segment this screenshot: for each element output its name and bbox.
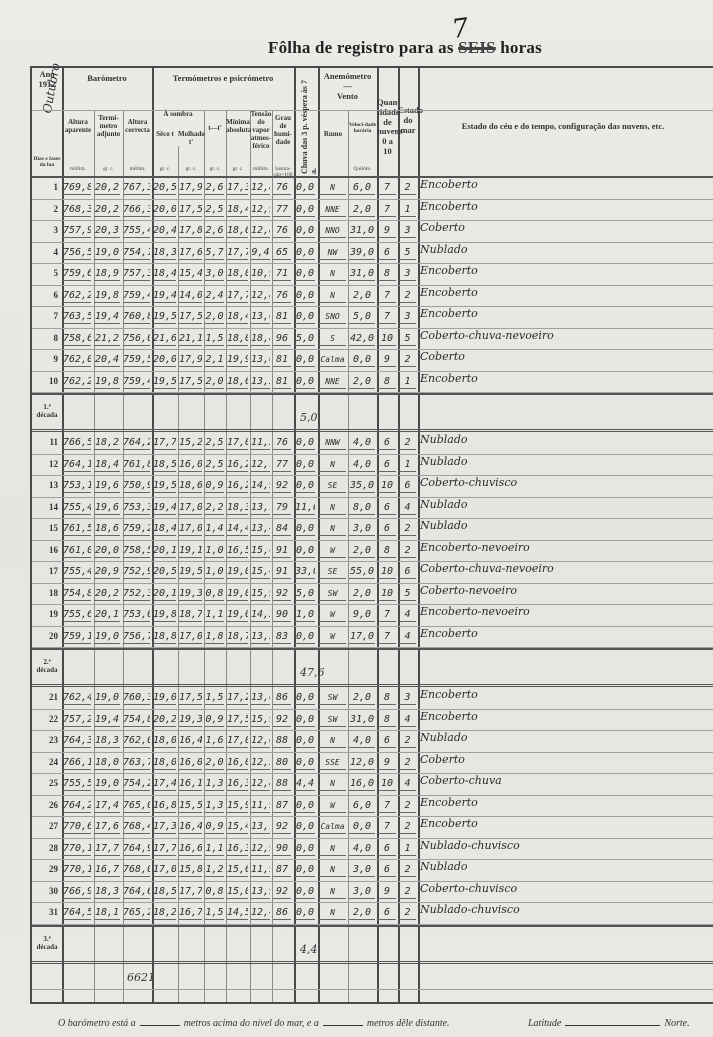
cell-diff: 2,0 bbox=[205, 309, 224, 324]
cell-rumo: N bbox=[319, 862, 346, 877]
cell-diff: 1,5 bbox=[205, 905, 224, 920]
cell-hum: 91 bbox=[273, 543, 291, 558]
cell-term: 17,7 bbox=[94, 841, 120, 856]
table-row: 5759,6518,9757,3318,415,43,018,010,9710,… bbox=[32, 264, 713, 285]
cell-min: 15,4 bbox=[227, 819, 248, 834]
cell-hum: 86 bbox=[273, 690, 291, 705]
unit-label: millim. bbox=[250, 166, 272, 172]
cell-alt_ap: 766,95 bbox=[63, 884, 91, 899]
table-row: 28770,1017,7764,9117,716,61,116,312,9900… bbox=[32, 839, 713, 860]
cell-min: 17,3 bbox=[227, 180, 248, 195]
cell-alt_cor: 763,78 bbox=[123, 755, 150, 770]
table-row: 3757,9020,3755,4220,417,82,618,612,8760,… bbox=[32, 221, 713, 242]
cell-mar: 2 bbox=[399, 521, 416, 536]
cell-term: 17,4 bbox=[94, 798, 120, 813]
day-number: 29 bbox=[32, 864, 62, 874]
cell-molh: 18,7 bbox=[179, 607, 202, 622]
cell-tens: 13,1 bbox=[251, 819, 270, 834]
day-number: 14 bbox=[32, 502, 62, 512]
cell-alt_ap: 762,40 bbox=[63, 690, 91, 705]
cell-tens: 11,2 bbox=[251, 435, 270, 450]
cell-vel: 17,0 bbox=[349, 629, 375, 644]
cell-alt_cor: 758,59 bbox=[123, 543, 150, 558]
cell-nuv: 6 bbox=[378, 457, 396, 472]
cell-alt_cor: 759,22 bbox=[123, 521, 150, 536]
cell-molh: 15,8 bbox=[179, 862, 202, 877]
cell-rumo: SW bbox=[319, 712, 346, 727]
cell-rumo: N bbox=[319, 500, 346, 515]
cell-nuv: 7 bbox=[378, 798, 396, 813]
sky-state: Encoberto-nevoeiro bbox=[420, 541, 530, 554]
cell-seco: 20,2 bbox=[153, 712, 176, 727]
sky-state: Encoberto bbox=[420, 200, 478, 213]
cell-diff: 1,4 bbox=[205, 521, 224, 536]
cell-diff: 2,6 bbox=[205, 223, 224, 238]
sky-state: Nublado bbox=[420, 433, 468, 446]
barometro-header: Barómetro bbox=[62, 74, 152, 84]
cell-nuv: 7 bbox=[378, 288, 396, 303]
cell-seco: 17,0 bbox=[153, 862, 176, 877]
cell-term: 18,3 bbox=[94, 884, 120, 899]
cell-chuva: 0,0 bbox=[295, 841, 315, 856]
cell-hum: 96 bbox=[273, 331, 291, 346]
cell-seco: 20,5 bbox=[153, 564, 176, 579]
day-number: 24 bbox=[32, 757, 62, 767]
cell-tens: 15,9 bbox=[251, 712, 270, 727]
cell-molh: 19,5 bbox=[179, 564, 202, 579]
table-row: 30766,9518,3764,6918,517,70,815,013,9920… bbox=[32, 882, 713, 903]
cell-chuva: 0,0 bbox=[295, 521, 315, 536]
cell-min: 17,2 bbox=[227, 690, 248, 705]
cell-rumo: NNE bbox=[319, 374, 346, 389]
cell-min: 18,6 bbox=[227, 223, 248, 238]
cell-molh: 19,3 bbox=[179, 712, 202, 727]
cell-diff: 2,4 bbox=[205, 288, 224, 303]
cell-alt_ap: 766,10 bbox=[63, 755, 91, 770]
cell-mar: 2 bbox=[399, 798, 416, 813]
a-sombra-header: À sombra bbox=[152, 110, 204, 118]
day-number: 3 bbox=[32, 225, 62, 235]
cell-term: 19,6 bbox=[94, 500, 120, 515]
cell-hum: 77 bbox=[273, 202, 291, 217]
cell-vel: 5,0 bbox=[349, 309, 375, 324]
unit-label: gr. c. bbox=[178, 166, 204, 172]
cell-term: 19,8 bbox=[94, 288, 120, 303]
cell-seco: 17,7 bbox=[153, 841, 176, 856]
cell-vel: 2,0 bbox=[349, 202, 375, 217]
cell-chuva: 4,4 bbox=[295, 776, 315, 791]
cell-nuv: 8 bbox=[378, 690, 396, 705]
cell-vel: 16,0 bbox=[349, 776, 375, 791]
cell-diff: 1,2 bbox=[205, 862, 224, 877]
cell-alt_ap: 756,50 bbox=[63, 245, 91, 260]
cell-chuva: 0,0 bbox=[295, 288, 315, 303]
cell-alt_ap: 761,05 bbox=[63, 543, 91, 558]
sky-state: Encoberto bbox=[420, 286, 478, 299]
cell-hum: 87 bbox=[273, 798, 291, 813]
cell-chuva: 33,0 bbox=[295, 564, 315, 579]
cell-vel: 2,0 bbox=[349, 586, 375, 601]
cell-molh: 14,0 bbox=[179, 288, 202, 303]
cell-hum: 81 bbox=[273, 309, 291, 324]
cell-alt_ap: 762,20 bbox=[63, 374, 91, 389]
cell-term: 19,0 bbox=[94, 690, 120, 705]
page-title: Fôlha de registro para as SEIS horas bbox=[268, 38, 542, 58]
cell-vel: 2,0 bbox=[349, 374, 375, 389]
cell-seco: 18,0 bbox=[153, 755, 176, 770]
table-row: 22757,2519,4754,8520,219,30,917,515,9920… bbox=[32, 710, 713, 731]
day-number: 11 bbox=[32, 437, 62, 447]
cell-molh: 16,4 bbox=[179, 733, 202, 748]
cell-rumo: NNE bbox=[319, 202, 346, 217]
sky-state: Encoberto bbox=[420, 372, 478, 385]
day-number: 8 bbox=[32, 333, 62, 343]
cell-tens: 15,4 bbox=[251, 543, 270, 558]
humidade-header: Grau de humi-dade bbox=[272, 114, 294, 146]
cell-vel: 3,0 bbox=[349, 884, 375, 899]
cell-alt_cor: 753,34 bbox=[123, 500, 150, 515]
cell-vel: 4,0 bbox=[349, 457, 375, 472]
cell-chuva: 0,0 bbox=[295, 712, 315, 727]
cell-chuva: 0,0 bbox=[295, 309, 315, 324]
cell-mar: 3 bbox=[399, 690, 416, 705]
table-row: 24766,1018,0763,7818,016,02,016,012,3800… bbox=[32, 753, 713, 774]
cell-rumo: N bbox=[319, 180, 346, 195]
cell-min: 18,4 bbox=[227, 309, 248, 324]
cell-hum: 92 bbox=[273, 819, 291, 834]
cell-rumo: N bbox=[319, 733, 346, 748]
cell-min: 15,6 bbox=[227, 862, 248, 877]
cell-alt_cor: 764,26 bbox=[123, 435, 150, 450]
cell-chuva: 0,0 bbox=[295, 266, 315, 281]
day-number: 31 bbox=[32, 907, 62, 917]
decada-label: 2.ª década bbox=[32, 658, 62, 675]
cell-seco: 18,0 bbox=[153, 733, 176, 748]
cell-seco: 18,5 bbox=[153, 884, 176, 899]
cell-term: 19,0 bbox=[94, 629, 120, 644]
day-number: 2 bbox=[32, 204, 62, 214]
cell-mar: 2 bbox=[399, 288, 416, 303]
cell-term: 20,0 bbox=[94, 543, 120, 558]
cell-alt_ap: 753,10 bbox=[63, 478, 91, 493]
cell-diff: 1,6 bbox=[205, 733, 224, 748]
cell-seco: 16,8 bbox=[153, 798, 176, 813]
table-row: 1769,8520,2767,3420,517,92,617,312,8760,… bbox=[32, 178, 713, 199]
cell-tens: 10,9 bbox=[251, 266, 270, 281]
cell-hum: 76 bbox=[273, 223, 291, 238]
cell-vel: 2,0 bbox=[349, 905, 375, 920]
cell-seco: 21,6 bbox=[153, 331, 176, 346]
cell-alt_ap: 763,50 bbox=[63, 309, 91, 324]
cell-min: 17,0 bbox=[227, 435, 248, 450]
day-number: 16 bbox=[32, 545, 62, 555]
cell-mar: 2 bbox=[399, 884, 416, 899]
table-row: 16761,0520,0758,5920,119,11,016,515,4910… bbox=[32, 541, 713, 562]
table-row: 8758,6021,2756,0021,621,11,518,018,8965,… bbox=[32, 329, 713, 350]
cell-nuv: 6 bbox=[378, 500, 396, 515]
cell-vel: 2,0 bbox=[349, 690, 375, 705]
cell-rumo: SW bbox=[319, 690, 346, 705]
sky-state: Encoberto bbox=[420, 710, 478, 723]
cell-min: 16,3 bbox=[227, 776, 248, 791]
cell-vel: 4,0 bbox=[349, 435, 375, 450]
cell-seco: 17,7 bbox=[153, 435, 176, 450]
cell-rumo: N bbox=[319, 841, 346, 856]
cell-vel: 0,0 bbox=[349, 819, 375, 834]
cell-term: 18,4 bbox=[94, 457, 120, 472]
cell-term: 20,2 bbox=[94, 180, 120, 195]
anemometro-header: Anemómetro—Vento bbox=[318, 72, 377, 101]
cell-alt_ap: 764,10 bbox=[63, 457, 91, 472]
cell-molh: 16,0 bbox=[179, 457, 202, 472]
unit-label: gr. c. bbox=[226, 166, 250, 172]
cell-min: 14,5 bbox=[227, 905, 248, 920]
cell-chuva: 5,0 bbox=[295, 331, 315, 346]
cell-alt_cor: 765,05 bbox=[123, 798, 150, 813]
table-row: 7763,5019,4760,8919,517,52,018,413,0810,… bbox=[32, 307, 713, 328]
cell-diff: 1,0 bbox=[205, 543, 224, 558]
cell-alt_ap: 758,60 bbox=[63, 331, 91, 346]
title-prefix: Fôlha de registro para as bbox=[268, 38, 454, 57]
cell-mar: 5 bbox=[399, 586, 416, 601]
cell-vel: 42,0 bbox=[349, 331, 375, 346]
cell-min: 15,9 bbox=[227, 798, 248, 813]
unit-label: Satura-ção=100 bbox=[272, 166, 294, 178]
cell-seco: 18,3 bbox=[153, 245, 176, 260]
cell-alt_ap: 754,80 bbox=[63, 586, 91, 601]
cell-min: 16,3 bbox=[227, 841, 248, 856]
cell-alt_cor: 757,33 bbox=[123, 266, 150, 281]
cell-nuv: 6 bbox=[378, 841, 396, 856]
cell-nuv: 10 bbox=[378, 776, 396, 791]
cell-molh: 17,5 bbox=[179, 202, 202, 217]
cell-vel: 3,0 bbox=[349, 862, 375, 877]
cell-term: 17,6 bbox=[94, 819, 120, 834]
cell-vel: 3,0 bbox=[349, 521, 375, 536]
cell-min: 17,0 bbox=[227, 733, 248, 748]
cell-seco: 19,5 bbox=[153, 374, 176, 389]
title-struck-hour: SEIS bbox=[458, 38, 496, 57]
register-sheet: 7 Fôlha de registro para as SEIS horas A… bbox=[0, 0, 713, 1037]
unit-label: gr. c. bbox=[152, 166, 178, 172]
cell-mar: 2 bbox=[399, 180, 416, 195]
day-number: 21 bbox=[32, 692, 62, 702]
cell-nuv: 10 bbox=[378, 586, 396, 601]
cell-nuv: 8 bbox=[378, 266, 396, 281]
cell-tens: 13,9 bbox=[251, 884, 270, 899]
table-row: 26764,2017,4765,0516,815,51,315,911,9870… bbox=[32, 796, 713, 817]
cell-seco: 18,2 bbox=[153, 905, 176, 920]
altura-correcta-header: Altura correcta bbox=[123, 118, 152, 134]
cell-chuva: 0,0 bbox=[295, 435, 315, 450]
cell-hum: 91 bbox=[273, 564, 291, 579]
title-suffix: horas bbox=[500, 38, 542, 57]
table-row: 19755,6020,1753,0319,818,71,119,014,3901… bbox=[32, 605, 713, 626]
cell-tens: 12,4 bbox=[251, 905, 270, 920]
cell-molh: 15,2 bbox=[179, 435, 202, 450]
cell-diff: 2,5 bbox=[205, 435, 224, 450]
monthly-total: 6621 bbox=[127, 971, 155, 984]
molhado-header: Molhado t' bbox=[178, 130, 204, 146]
cell-min: 18,4 bbox=[227, 202, 248, 217]
cell-chuva: 0,0 bbox=[295, 798, 315, 813]
cell-rumo: N bbox=[319, 266, 346, 281]
cell-molh: 17,5 bbox=[179, 374, 202, 389]
cell-molh: 17,0 bbox=[179, 500, 202, 515]
cell-tens: 12,9 bbox=[251, 202, 270, 217]
sky-state: Nublado bbox=[420, 498, 468, 511]
decada-rain-total: 4,4 bbox=[300, 943, 318, 956]
cell-hum: 76 bbox=[273, 180, 291, 195]
sky-state: Nublado bbox=[420, 860, 468, 873]
cell-alt_cor: 760,89 bbox=[123, 309, 150, 324]
cell-tens: 12,8 bbox=[251, 288, 270, 303]
table-row: 25755,5519,0754,2517,416,11,316,312,8884… bbox=[32, 774, 713, 795]
cell-nuv: 6 bbox=[378, 862, 396, 877]
cell-hum: 81 bbox=[273, 374, 291, 389]
cell-alt_ap: 764,20 bbox=[63, 798, 91, 813]
cell-chuva: 0,0 bbox=[295, 202, 315, 217]
sky-state: Coberto bbox=[420, 221, 465, 234]
cell-nuv: 8 bbox=[378, 712, 396, 727]
cell-alt_ap: 770,60 bbox=[63, 819, 91, 834]
cell-hum: 76 bbox=[273, 288, 291, 303]
cell-hum: 76 bbox=[273, 435, 291, 450]
sky-state: Coberto-chuva-nevoeiro bbox=[420, 329, 554, 342]
cell-molh: 15,4 bbox=[179, 266, 202, 281]
cell-molh: 17,5 bbox=[179, 309, 202, 324]
cell-alt_ap: 764,30 bbox=[63, 733, 91, 748]
cell-rumo: W bbox=[319, 607, 346, 622]
cell-chuva: 0,0 bbox=[295, 884, 315, 899]
cell-molh: 21,1 bbox=[179, 331, 202, 346]
cell-nuv: 9 bbox=[378, 223, 396, 238]
day-number: 28 bbox=[32, 843, 62, 853]
sky-state: Nublado bbox=[420, 455, 468, 468]
cell-term: 19,6 bbox=[94, 478, 120, 493]
cell-mar: 3 bbox=[399, 309, 416, 324]
diff-header: t—t' bbox=[204, 124, 226, 132]
sky-state: Coberto bbox=[420, 753, 465, 766]
cell-mar: 1 bbox=[399, 841, 416, 856]
cell-vel: 35,0 bbox=[349, 478, 375, 493]
cell-mar: 2 bbox=[399, 862, 416, 877]
cell-hum: 90 bbox=[273, 607, 291, 622]
cell-rumo: N bbox=[319, 457, 346, 472]
cell-mar: 2 bbox=[399, 733, 416, 748]
cell-nuv: 6 bbox=[378, 905, 396, 920]
cell-rumo: SNO bbox=[319, 309, 346, 324]
cell-rumo: SE bbox=[319, 564, 346, 579]
cell-alt_cor: 754,25 bbox=[123, 776, 150, 791]
cell-mar: 1 bbox=[399, 202, 416, 217]
cell-vel: 31,0 bbox=[349, 712, 375, 727]
cell-seco: 20,1 bbox=[153, 543, 176, 558]
cell-vel: 9,0 bbox=[349, 607, 375, 622]
cell-term: 16,7 bbox=[94, 862, 120, 877]
cell-mar: 2 bbox=[399, 819, 416, 834]
cell-alt_cor: 755,42 bbox=[123, 223, 150, 238]
table-row: 14755,4019,6753,3419,417,02,218,313,1791… bbox=[32, 498, 713, 519]
cell-mar: 3 bbox=[399, 266, 416, 281]
cell-molh: 17,8 bbox=[179, 223, 202, 238]
cell-seco: 18,8 bbox=[153, 629, 176, 644]
cell-tens: 12,8 bbox=[251, 223, 270, 238]
cell-chuva: 0,0 bbox=[295, 180, 315, 195]
cell-min: 17,5 bbox=[227, 712, 248, 727]
tensao-header: Tensão do vapor atmos-férico bbox=[250, 110, 272, 150]
cell-tens: 15,9 bbox=[251, 586, 270, 601]
cell-diff: 0,9 bbox=[205, 819, 224, 834]
day-number: 4 bbox=[32, 247, 62, 257]
cell-min: 17,7 bbox=[227, 245, 248, 260]
cell-rumo: N bbox=[319, 776, 346, 791]
cell-mar: 4 bbox=[399, 629, 416, 644]
table-row: 18754,8020,2752,3420,119,30,819,015,9925… bbox=[32, 584, 713, 605]
cell-tens: 9,4 bbox=[251, 245, 270, 260]
estado-ceu-header: Estado do céu e do tempo, configuração d… bbox=[418, 122, 708, 132]
cell-alt_cor: 764,69 bbox=[123, 884, 150, 899]
cell-alt_cor: 756,00 bbox=[123, 331, 150, 346]
cell-alt_cor: 768,42 bbox=[123, 819, 150, 834]
cell-min: 19,0 bbox=[227, 586, 248, 601]
cell-alt_cor: 756,77 bbox=[123, 629, 150, 644]
cell-chuva: 1,0 bbox=[295, 607, 315, 622]
cell-min: 14,4 bbox=[227, 521, 248, 536]
cell-alt_ap: 757,25 bbox=[63, 712, 91, 727]
cell-tens: 11,9 bbox=[251, 862, 270, 877]
cell-tens: 18,8 bbox=[251, 331, 270, 346]
cell-seco: 17,3 bbox=[153, 819, 176, 834]
cell-min: 15,0 bbox=[227, 884, 248, 899]
cell-molh: 16,6 bbox=[179, 841, 202, 856]
table-row: 9762,0520,4759,5420,017,92,119,913,0810,… bbox=[32, 350, 713, 371]
cell-seco: 19,8 bbox=[153, 607, 176, 622]
sky-state: Coberto-chuva-nevoeiro bbox=[420, 562, 554, 575]
unit-label: gr. c. bbox=[204, 166, 226, 172]
cell-vel: 12,0 bbox=[349, 755, 375, 770]
cell-molh: 17,6 bbox=[179, 245, 202, 260]
cell-diff: 1,3 bbox=[205, 776, 224, 791]
cell-chuva: 0,0 bbox=[295, 629, 315, 644]
cell-tens: 13,0 bbox=[251, 352, 270, 367]
table-row: 21762,4019,0760,3719,017,51,517,213,6860… bbox=[32, 688, 713, 709]
cell-term: 20,2 bbox=[94, 202, 120, 217]
cell-min: 18,6 bbox=[227, 374, 248, 389]
cell-rumo: N bbox=[319, 884, 346, 899]
cell-diff: 2,2 bbox=[205, 500, 224, 515]
cell-tens: 13,1 bbox=[251, 500, 270, 515]
cell-term: 19,4 bbox=[94, 712, 120, 727]
cell-term: 18,0 bbox=[94, 755, 120, 770]
cell-vel: 31,0 bbox=[349, 266, 375, 281]
day-number: 12 bbox=[32, 459, 62, 469]
cell-hum: 65 bbox=[273, 245, 291, 260]
cell-min: 17,7 bbox=[227, 288, 248, 303]
cell-term: 19,4 bbox=[94, 309, 120, 324]
cell-diff: 1,5 bbox=[205, 331, 224, 346]
cell-tens: 13,2 bbox=[251, 374, 270, 389]
cell-nuv: 7 bbox=[378, 819, 396, 834]
cell-alt_ap: 759,65 bbox=[63, 266, 91, 281]
cell-diff: 2,0 bbox=[205, 374, 224, 389]
cell-nuv: 7 bbox=[378, 202, 396, 217]
sky-state: Coberto bbox=[420, 350, 465, 363]
cell-diff: 1,5 bbox=[205, 690, 224, 705]
day-number: 23 bbox=[32, 735, 62, 745]
cell-tens: 12,6 bbox=[251, 733, 270, 748]
cell-term: 18,3 bbox=[94, 733, 120, 748]
